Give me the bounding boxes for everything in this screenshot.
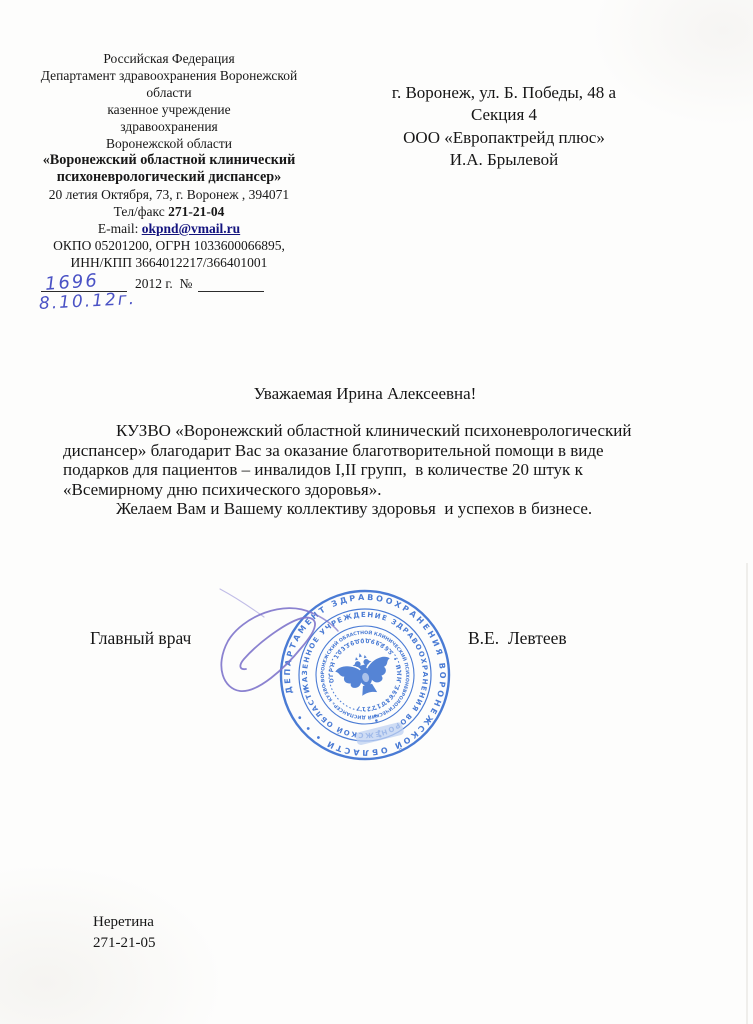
letterhead-line: Российская Федерация xyxy=(33,50,305,67)
letterhead-line: Департамент здравоохранения Воронежской xyxy=(33,67,305,84)
handwritten-outgoing-number: 1696 xyxy=(44,272,99,293)
letter-body: КУЗВО «Воронежский областной клинический… xyxy=(63,421,703,519)
org-inn-kpp: ИНН/КПП 3664012217/366401001 xyxy=(33,254,305,271)
executor-block: Неретина 271-21-05 xyxy=(93,912,156,954)
phone-label: Тел/факс xyxy=(114,204,165,219)
recipient-company: ООО «Европактрейд плюс» xyxy=(368,127,640,149)
body-line: Желаем Вам и Вашему коллективу здоровья … xyxy=(63,499,703,519)
org-address: 20 летия Октября, 73, г. Воронеж , 39407… xyxy=(33,186,305,203)
org-email-line: E-mail: okpnd@vmail.ru xyxy=(33,220,305,237)
recipient-block: г. Воронеж, ул. Б. Победы, 48 а Секция 4… xyxy=(368,82,640,172)
letterhead-line: области xyxy=(33,84,305,101)
signer-name: В.Е. Левтеев xyxy=(468,628,567,649)
body-line: подарков для пациентов – инвалидов I,II … xyxy=(63,460,703,480)
signature-scrawl xyxy=(180,575,390,725)
body-line: КУЗВО «Воронежский областной клинический… xyxy=(63,421,703,441)
body-line: «Всемирному дню психического здоровья». xyxy=(63,480,703,500)
body-line: диспансер» благодарит Вас за оказание бл… xyxy=(63,441,703,461)
recipient-section: Секция 4 xyxy=(368,104,640,126)
signer-title: Главный врач xyxy=(90,628,191,649)
executor-phone: 271-21-05 xyxy=(93,933,156,954)
org-name-line: психоневрологический диспансер» xyxy=(33,169,305,186)
org-name-line: «Воронежский областной клинический xyxy=(33,152,305,169)
recipient-person: И.А. Брылевой xyxy=(368,149,640,171)
letterhead-line: Воронежской области xyxy=(33,135,305,152)
recipient-address: г. Воронеж, ул. Б. Победы, 48 а xyxy=(368,82,640,104)
letterhead-block: Российская Федерация Департамент здравоо… xyxy=(33,50,305,313)
executor-name: Неретина xyxy=(93,912,156,933)
letterhead-line: здравоохранения xyxy=(33,118,305,135)
org-phone-line: Тел/факс 271-21-04 xyxy=(33,203,305,220)
email-label: E-mail: xyxy=(98,221,139,236)
phone-value: 271-21-04 xyxy=(168,204,224,219)
salutation: Уважаемая Ирина Алексеевна! xyxy=(60,384,670,404)
org-okpo-ogrn: ОКПО 05201200, ОГРН 1033600066895, xyxy=(33,237,305,254)
letterhead-line: казенное учреждение xyxy=(33,101,305,118)
scanned-letter-page: Российская Федерация Департамент здравоо… xyxy=(0,0,753,1024)
email-link: okpnd@vmail.ru xyxy=(142,221,240,236)
